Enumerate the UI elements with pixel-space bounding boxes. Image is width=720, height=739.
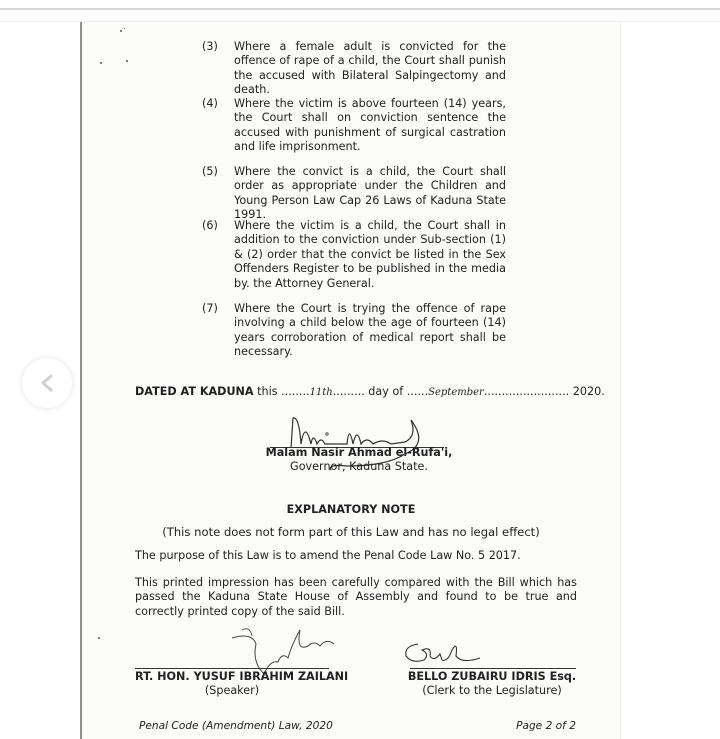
speaker-signature-line: [135, 668, 329, 669]
clerk-signature-line: [410, 668, 576, 669]
dated-line: DATED AT KADUNA this ........11th.......…: [135, 385, 573, 400]
clause-number: (7): [202, 302, 218, 316]
dated-this: this ........: [254, 385, 310, 398]
certification-text: This printed impression has been careful…: [135, 576, 577, 619]
speaker-name: RT. HON. YUSUF IBRAHIM ZAILANI: [135, 670, 329, 684]
clause-text: Where the convict is a child, the Court …: [234, 165, 506, 223]
document-page: (3) Where a female adult is convicted fo…: [80, 22, 620, 739]
clerk-signature: [400, 638, 500, 668]
top-divider: [0, 8, 720, 10]
clause-number: (6): [202, 219, 218, 233]
clause-text: Where the Court is trying the offence of…: [234, 302, 506, 360]
speaker-role: (Speaker): [135, 684, 329, 698]
handwritten-month: September: [428, 387, 484, 398]
clause-text: Where the victim is above fourteen (14) …: [234, 97, 506, 155]
scan-speck: [100, 62, 102, 64]
scan-speck: [126, 60, 128, 62]
clause-text: Where the victim is a child, the Court s…: [234, 219, 506, 291]
footer-page-number: Page 2 of 2: [516, 719, 576, 733]
clause-number: (5): [202, 165, 218, 179]
chevron-left-icon: [39, 373, 55, 393]
clause-number: (4): [202, 97, 218, 111]
clerk-role: (Clerk to the Legislature): [406, 684, 578, 698]
footer-law-title: Penal Code (Amendment) Law, 2020: [139, 719, 333, 733]
purpose-text: The purpose of this Law is to amend the …: [135, 549, 575, 563]
governor-title: Governor, Kaduna State.: [264, 460, 454, 474]
scan-speck: [120, 30, 122, 32]
scan-speck: [124, 28, 125, 29]
scan-speck: [98, 637, 100, 639]
dated-lead: DATED AT KADUNA: [135, 385, 254, 398]
explanatory-note-subtitle: (This note does not form part of this La…: [82, 525, 620, 539]
governor-name: Malam Nasir Ahmad el-Rufa'i,: [264, 446, 454, 460]
explanatory-note-title: EXPLANATORY NOTE: [82, 503, 620, 517]
clerk-name: BELLO ZUBAIRU IDRIS Esq.: [406, 670, 578, 684]
clause-text: Where a female adult is convicted for th…: [234, 40, 506, 98]
dated-day-of: ......... day of ......: [333, 385, 428, 398]
dated-year: ........................ 2020.: [484, 385, 605, 398]
handwritten-day: 11th: [310, 387, 333, 398]
previous-button[interactable]: [22, 358, 72, 408]
clause-number: (3): [202, 40, 218, 54]
